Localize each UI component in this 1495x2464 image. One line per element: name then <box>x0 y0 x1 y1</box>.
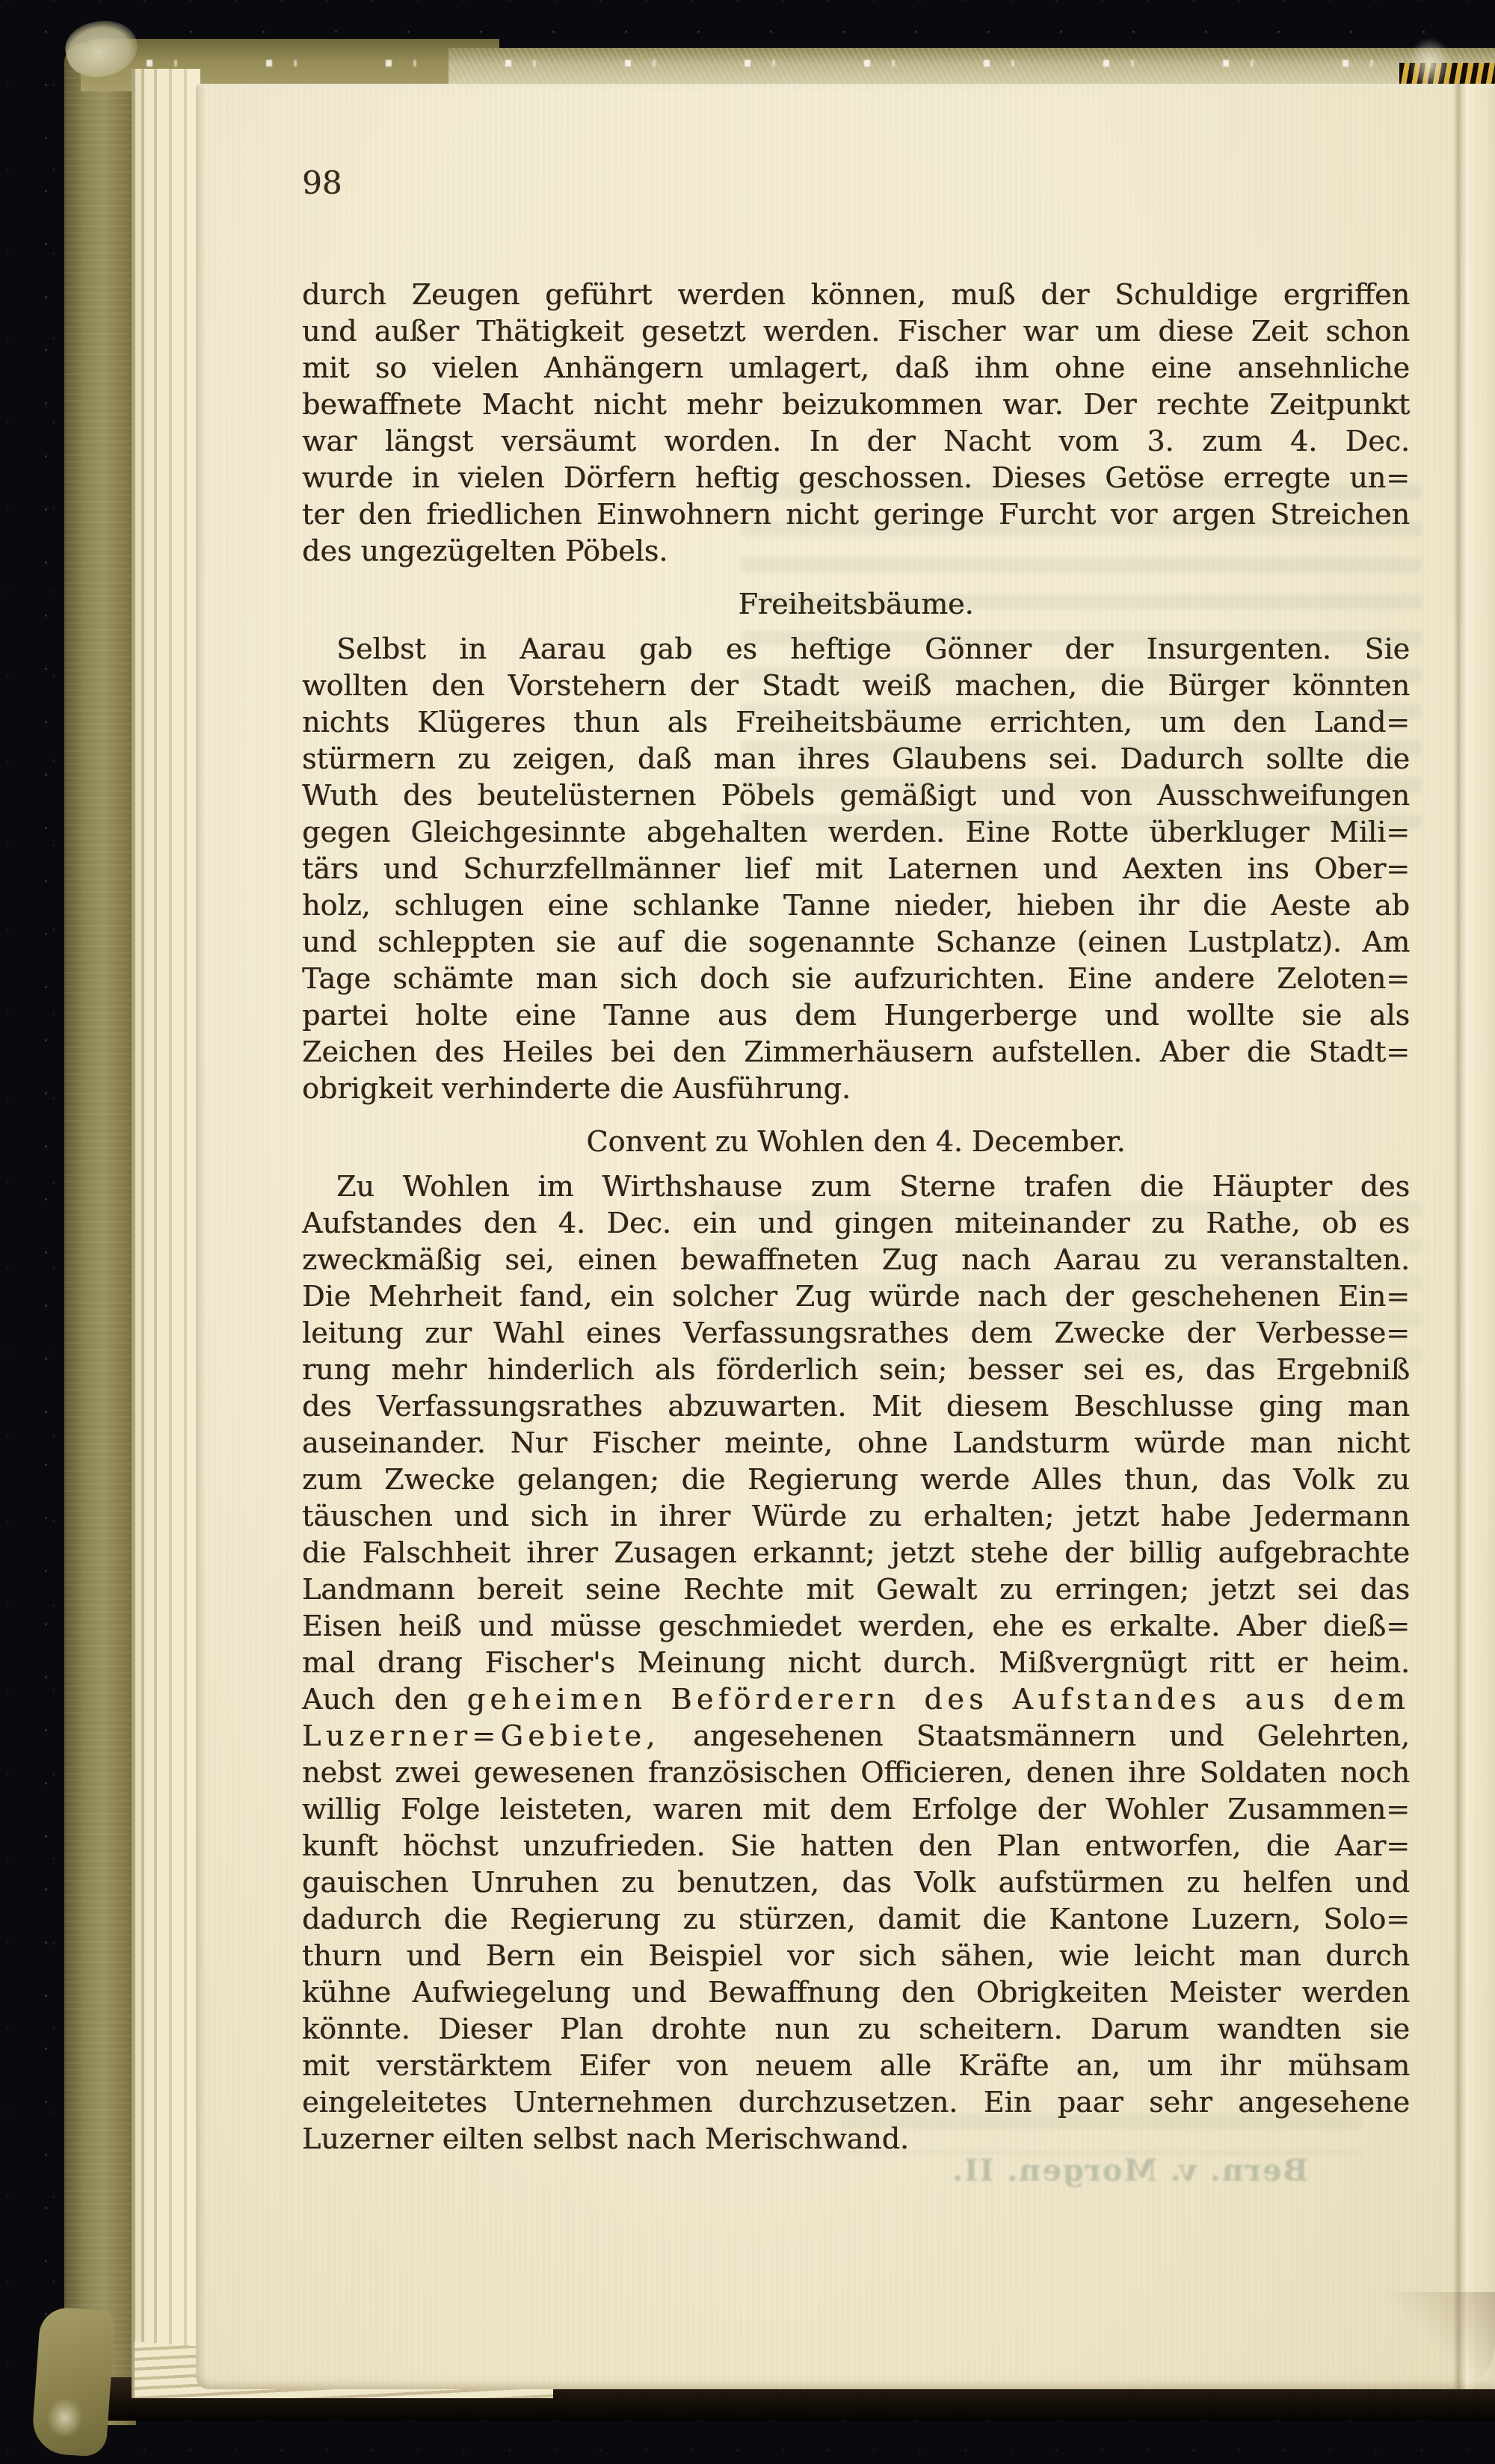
top-edge-highlights <box>112 60 1398 67</box>
text-line: nichts Klügeres thun als Freiheitsbäume … <box>302 704 1410 741</box>
text-segment: Auch den <box>302 1683 467 1716</box>
page-corner-fold <box>1383 2292 1495 2389</box>
text-line: thurn und Bern ein Beispiel vor sich säh… <box>302 1938 1410 1974</box>
text-line: bewaffnete Macht nicht mehr beizukommen … <box>302 386 1410 423</box>
text-line: tärs und Schurzfellmänner lief mit Later… <box>302 851 1410 887</box>
book-page: Bern. v. Morgen. II. 98 durch Zeugen gef… <box>196 84 1495 2389</box>
text-line: mit verstärktem Eifer von neuem alle Krä… <box>302 2048 1410 2084</box>
section-heading: Convent zu Wohlen den 4. December. <box>302 1124 1410 1160</box>
text-line: Wuth des beutelüsternen Pöbels gemäßigt … <box>302 777 1410 814</box>
text-line: und schleppten sie auf die sogenannte Sc… <box>302 924 1410 961</box>
text-line: ter den friedlichen Einwohnern nicht ger… <box>302 496 1410 533</box>
text-line: dadurch die Regierung zu stürzen, damit … <box>302 1901 1410 1938</box>
text-line: Auch den geheimen Beförderern des Aufsta… <box>302 1681 1410 1718</box>
text-line: leitung zur Wahl eines Verfassungsrathes… <box>302 1315 1410 1352</box>
text-line: des ungezügelten Pöbels. <box>302 533 1410 570</box>
text-line: stürmern zu zeigen, daß man ihres Glaube… <box>302 741 1410 777</box>
text-block: durch Zeugen geführt werden können, muß … <box>302 277 1410 2157</box>
text-segment: angesehenen Staatsmännern und Gelehrten, <box>660 1719 1410 1752</box>
text-line: könnte. Dieser Plan drohte nun zu scheit… <box>302 2011 1410 2048</box>
book-cover-left-edge <box>64 43 136 2425</box>
text-line: täuschen und sich in ihrer Würde zu erha… <box>302 1498 1410 1535</box>
text-line: Selbst in Aarau gab es heftige Gönner de… <box>302 631 1410 668</box>
text-line: wurde in vielen Dörfern heftig geschosse… <box>302 460 1410 496</box>
text-line: Zeichen des Heiles bei den Zimmerhäusern… <box>302 1034 1410 1071</box>
text-line: eingeleitetes Unternehmen durchzusetzen.… <box>302 2084 1410 2121</box>
text-line: Eisen heiß und müsse geschmiedet werden,… <box>302 1608 1410 1645</box>
text-line: mal drang Fischer's Meinung nicht durch.… <box>302 1645 1410 1681</box>
text-line: Aufstandes den 4. Dec. ein und gingen mi… <box>302 1205 1410 1242</box>
text-line: gegen Gleichgesinnte abgehalten werden. … <box>302 814 1410 851</box>
cover-corner-bottom-left <box>31 2306 115 2457</box>
text-line: wollten den Vorstehern der Stadt weiß ma… <box>302 668 1410 704</box>
section-heading: Freiheitsbäume. <box>302 586 1410 623</box>
text-line: holz, schlugen eine schlanke Tanne niede… <box>302 887 1410 924</box>
text-line: willig Folge leisteten, waren mit dem Er… <box>302 1791 1410 1828</box>
emphasized-spaced-text: geheimen Beförderern des Aufstandes aus … <box>467 1683 1410 1716</box>
text-line: kühne Aufwiegelung und Bewaffnung den Ob… <box>302 1974 1410 2011</box>
photo-background: Bern. v. Morgen. II. 98 durch Zeugen gef… <box>0 0 1495 2464</box>
text-line: partei holte eine Tanne aus dem Hungerbe… <box>302 997 1410 1034</box>
text-line: Die Mehrheit fand, ein solcher Zug würde… <box>302 1278 1410 1315</box>
text-line: Zu Wohlen im Wirthshause zum Sterne traf… <box>302 1168 1410 1205</box>
text-line: rung mehr hinderlich als förderlich sein… <box>302 1352 1410 1388</box>
gutter-crease <box>1453 84 1495 2389</box>
text-line: war längst versäumt worden. In der Nacht… <box>302 423 1410 460</box>
text-line: zweckmäßig sei, einen bewaffneten Zug na… <box>302 1242 1410 1278</box>
text-line: Tage schämte man sich doch sie aufzurich… <box>302 961 1410 997</box>
text-line: obrigkeit verhinderte die Ausführung. <box>302 1071 1410 1107</box>
text-line: mit so vielen Anhängern umlagert, daß ih… <box>302 350 1410 386</box>
text-line: kunft höchst unzufrieden. Sie hatten den… <box>302 1828 1410 1864</box>
text-line: und außer Thätigkeit gesetzt werden. Fis… <box>302 313 1410 350</box>
text-line: des Verfassungsrathes abzuwarten. Mit di… <box>302 1388 1410 1425</box>
text-line: die Falschheit ihrer Zusagen erkannt; je… <box>302 1535 1410 1571</box>
text-line: nebst zwei gewesenen französischen Offic… <box>302 1755 1410 1791</box>
text-line: auseinander. Nur Fischer meinte, ohne La… <box>302 1425 1410 1462</box>
text-line: Landmann bereit seine Rechte mit Gewalt … <box>302 1571 1410 1608</box>
bleedthrough-mirrored-text: Bern. v. Morgen. II. <box>951 2153 1308 2188</box>
text-line: Luzerner eilten selbst nach Merischwand. <box>302 2121 1410 2157</box>
text-line: Luzerner=Gebiete, angesehenen Staatsmänn… <box>302 1718 1410 1755</box>
text-line: gauischen Unruhen zu benutzen, das Volk … <box>302 1864 1410 1901</box>
text-line: zum Zwecke gelangen; die Regierung werde… <box>302 1462 1410 1498</box>
emphasized-spaced-text: Luzerner=Gebiete, <box>302 1719 660 1752</box>
page-number: 98 <box>302 164 342 201</box>
page-edges-left <box>132 69 200 2398</box>
text-line: durch Zeugen geführt werden können, muß … <box>302 277 1410 313</box>
